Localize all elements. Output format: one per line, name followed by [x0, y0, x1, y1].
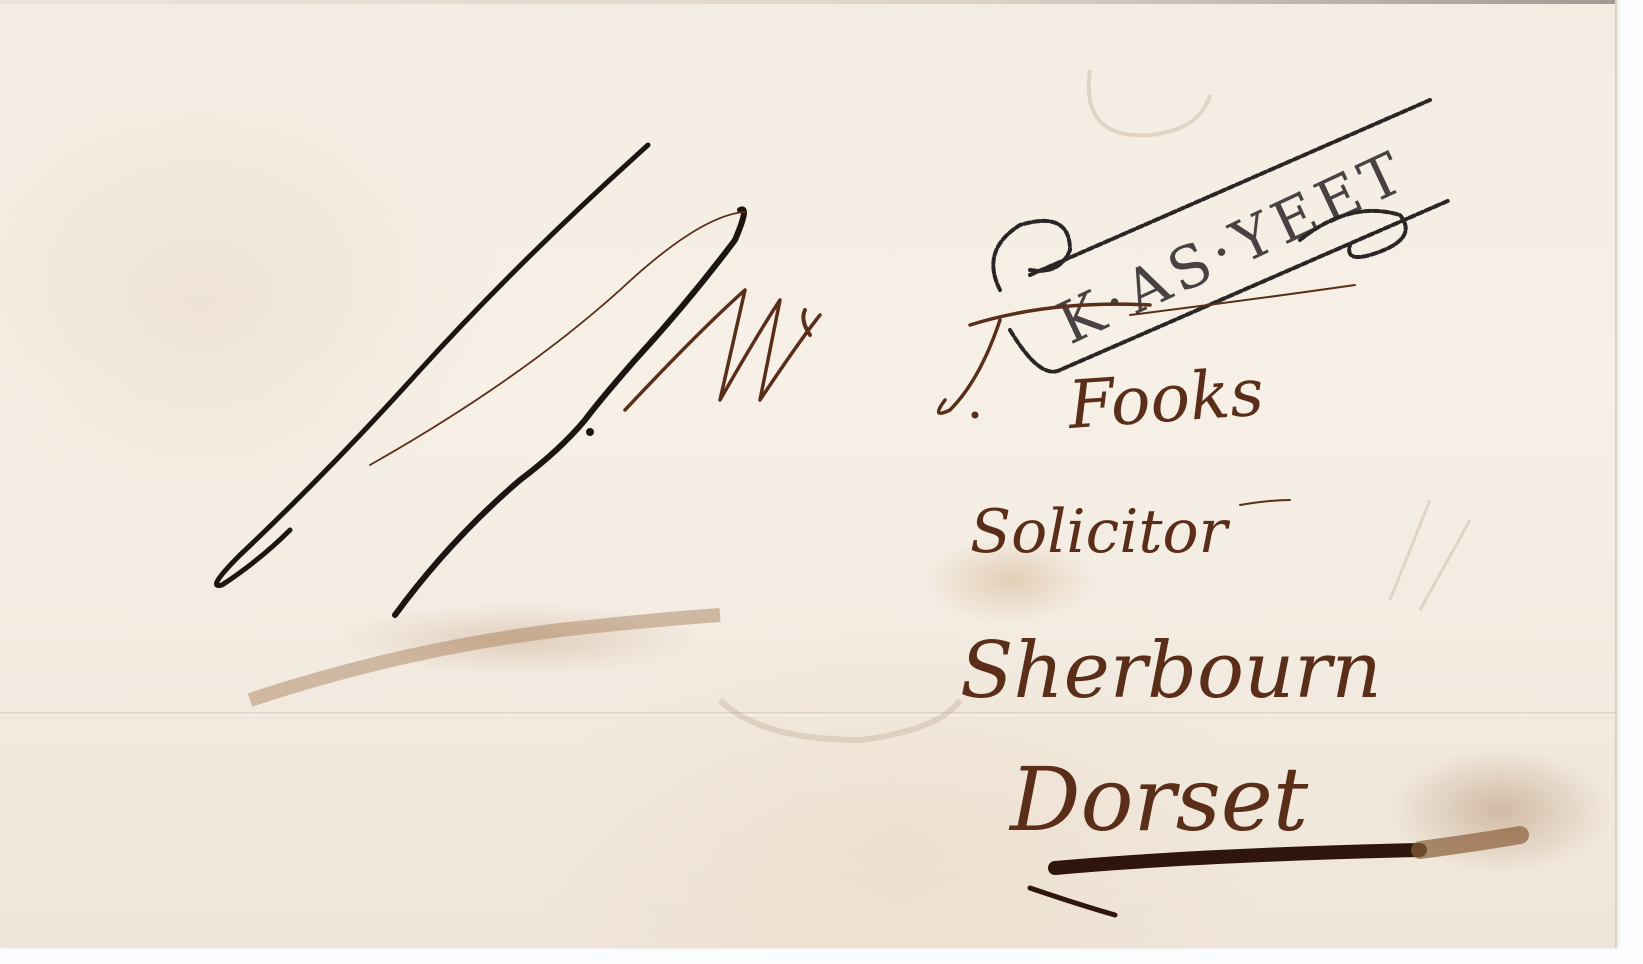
svg-text:Solicitor: Solicitor — [970, 497, 1231, 567]
handwriting-layer: K·AS·YEET Fooks Solicitor Sherbourn Dors… — [0, 0, 1643, 964]
rate-marking — [216, 145, 745, 615]
postmark-stamp: K·AS·YEET — [993, 100, 1450, 372]
svg-text:Dorset: Dorset — [1008, 748, 1309, 851]
svg-text:K·AS·YEET: K·AS·YEET — [1047, 137, 1418, 358]
svg-text:Sherbourn: Sherbourn — [960, 626, 1382, 716]
svg-text:Fooks: Fooks — [1065, 354, 1266, 445]
address-handwriting: Fooks Solicitor Sherbourn Dorset — [625, 285, 1520, 915]
